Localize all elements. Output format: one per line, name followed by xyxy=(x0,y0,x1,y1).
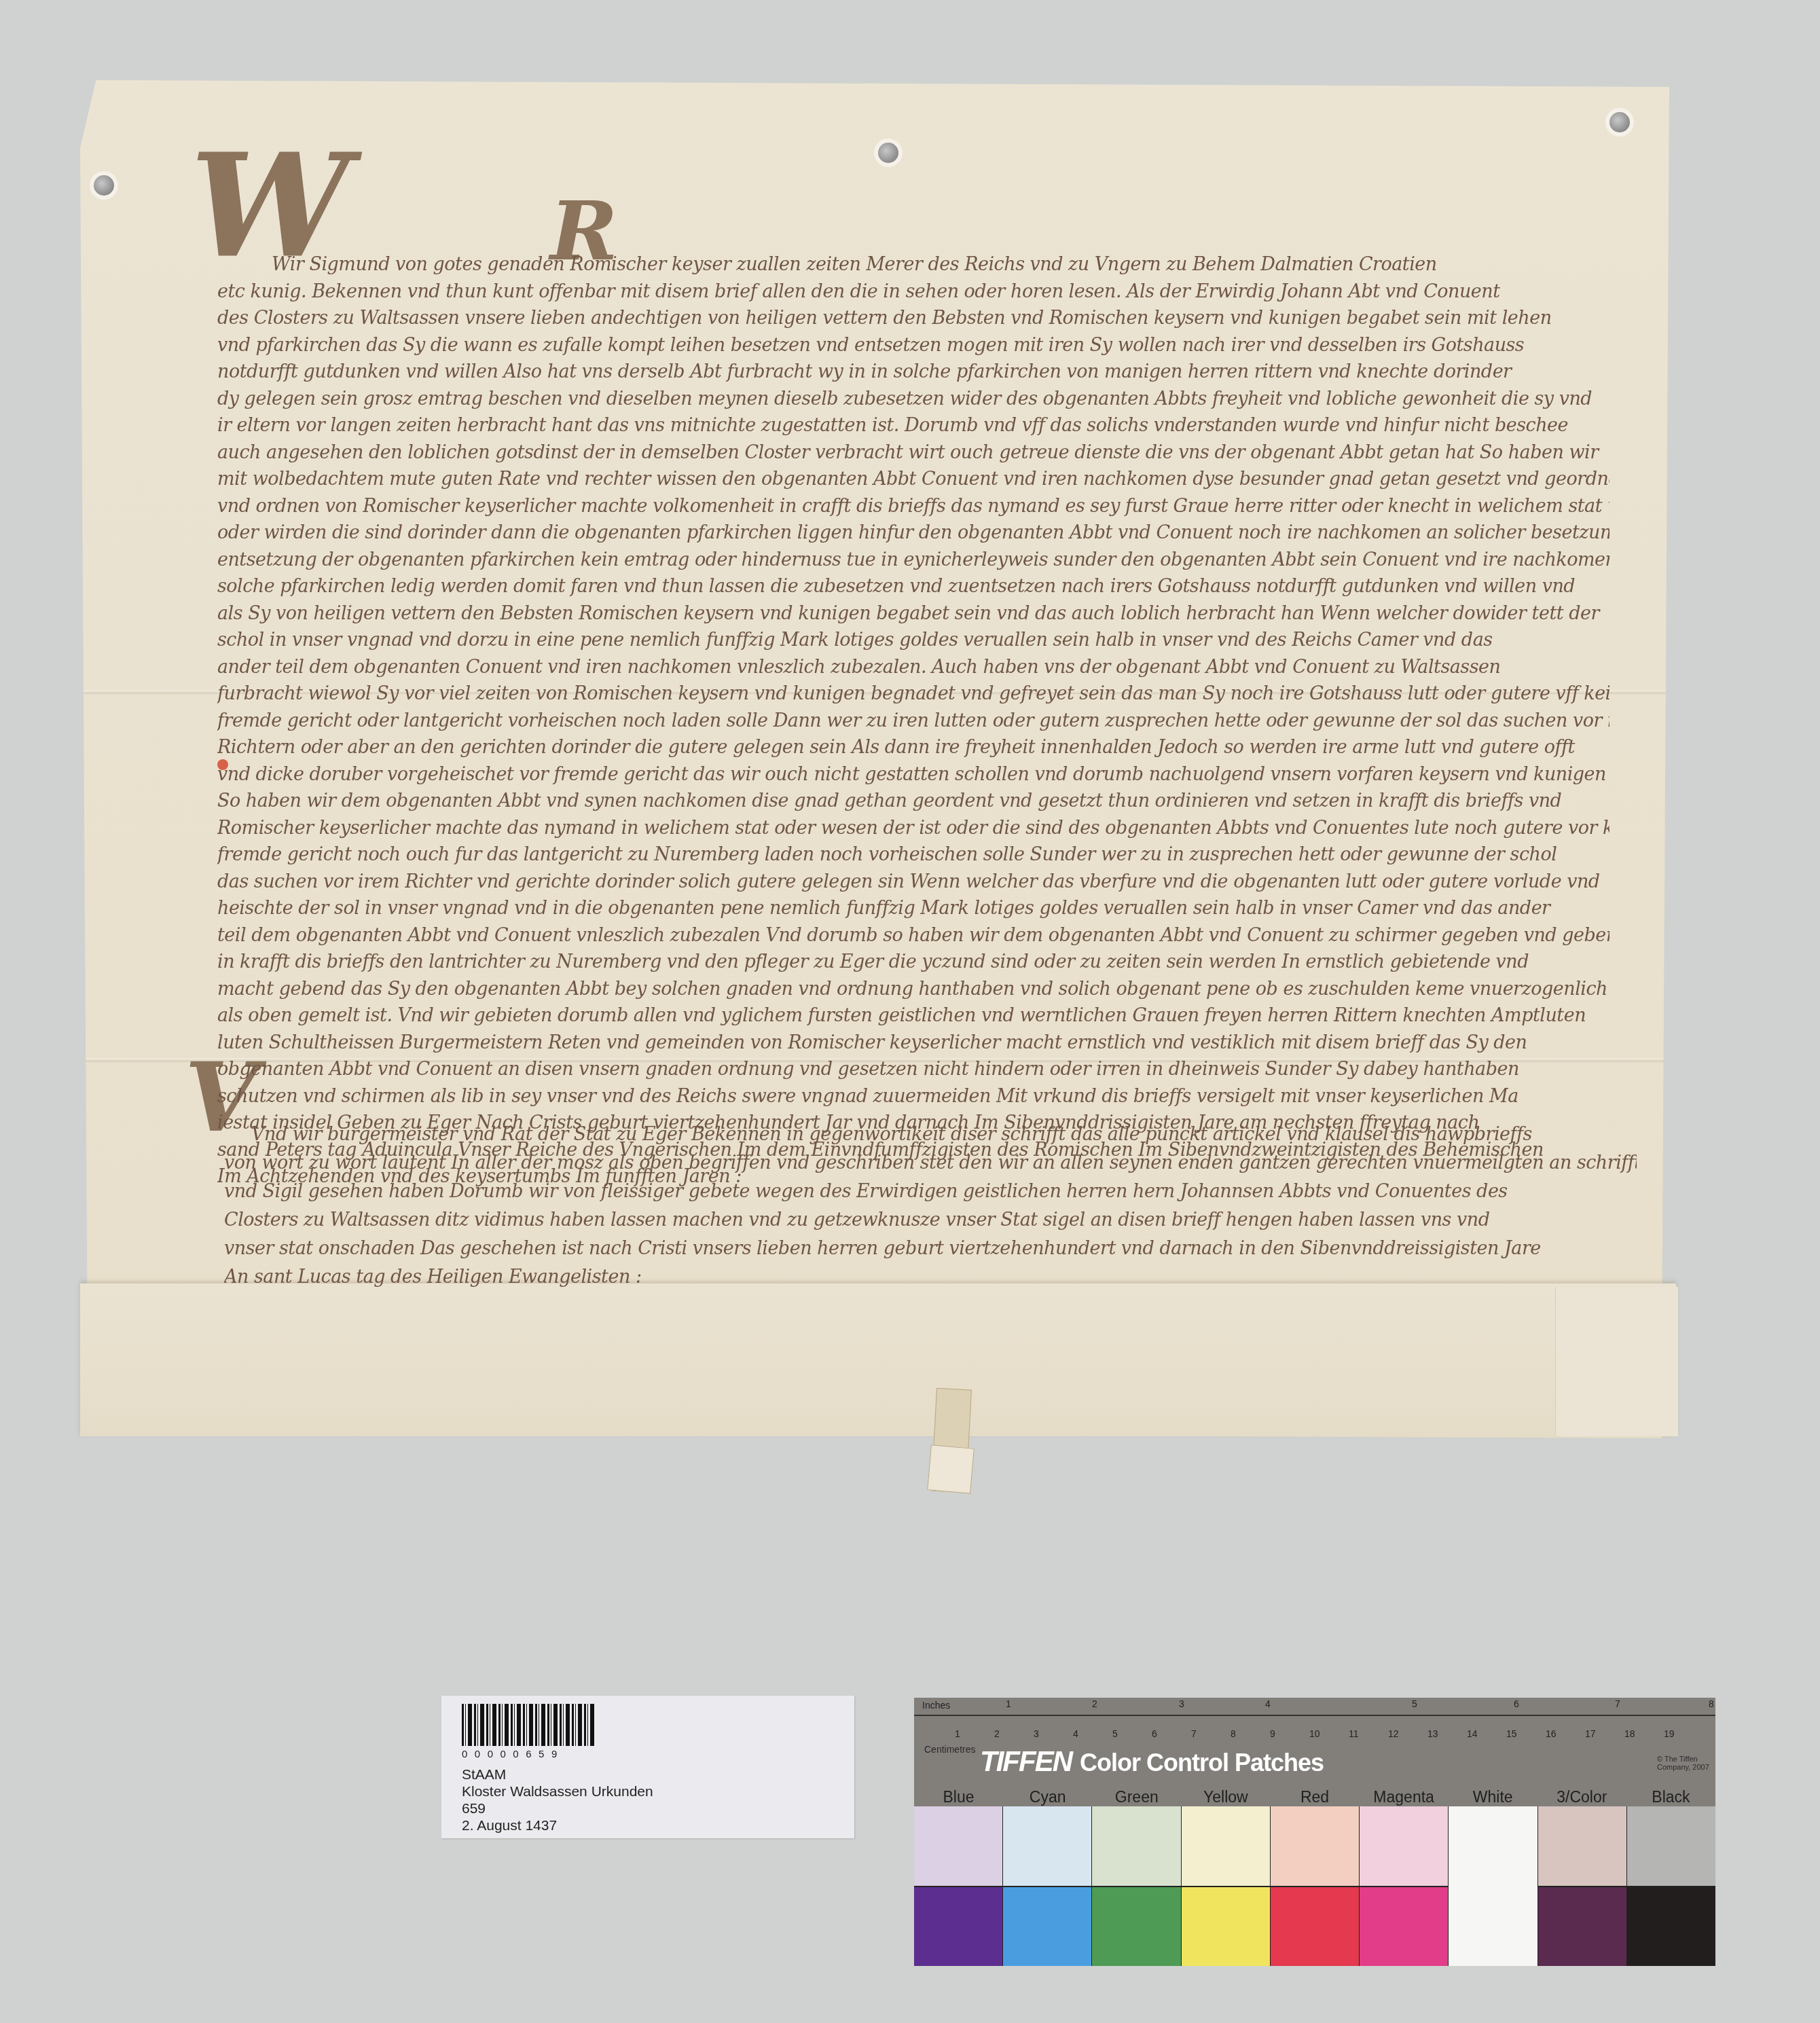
folded-bottom-flap xyxy=(80,1283,1676,1436)
tiffen-logo: TIFFEN xyxy=(980,1745,1072,1777)
cm-tick-label: 5 xyxy=(1112,1728,1118,1739)
patch-label: Blue xyxy=(914,1788,1003,1806)
patch-label: 3/Color xyxy=(1537,1788,1626,1806)
mounting-pin-icon xyxy=(878,143,898,163)
text-line: notdurfft gutdunken vnd willen Also hat … xyxy=(217,359,1609,386)
cm-tick-label: 3 xyxy=(1034,1728,1039,1739)
inch-ruler: Inches 1 2 3 4 5 6 7 8 xyxy=(914,1698,1715,1716)
archive-label: 00000659 StAAM Kloster Waldsassen Urkund… xyxy=(441,1696,854,1838)
patch-label: Red xyxy=(1270,1788,1359,1806)
text-line: So haben wir dem obgenanten Abbt vnd syn… xyxy=(217,788,1609,815)
text-line: Closters zu Waltsassen ditz vidimus habe… xyxy=(224,1206,1637,1235)
cm-tick-label: 14 xyxy=(1467,1728,1478,1739)
mounting-pin-icon xyxy=(1609,112,1630,132)
patch-labels: Blue Cyan Green Yellow Red Magenta White… xyxy=(914,1788,1715,1806)
charter-text-main: Wir Sigmund von gotes genaden Romischer … xyxy=(217,251,1609,1190)
text-line: als oben gemelt ist. Vnd wir gebieten do… xyxy=(217,1002,1609,1029)
text-line: luten Schultheissen Burgermeistern Reten… xyxy=(217,1029,1609,1057)
text-line: Vnd wir burgermeister vnd Rat der Stat z… xyxy=(224,1120,1637,1149)
text-line: solche pfarkirchen ledig werden domit fa… xyxy=(217,573,1609,600)
inch-tick-label: 6 xyxy=(1514,1698,1519,1709)
cm-tick-label: 19 xyxy=(1664,1728,1675,1739)
charter-text-vidimus: Vnd wir burgermeister vnd Rat der Stat z… xyxy=(224,1120,1637,1292)
cm-tick-label: 11 xyxy=(1349,1728,1359,1739)
patch-label: Green xyxy=(1092,1788,1181,1806)
text-line: heischte der sol in vnser vngnad vnd in … xyxy=(217,895,1609,922)
text-line: auch angesehen den loblichen gotsdinst d… xyxy=(217,439,1609,467)
inch-tick-label: 7 xyxy=(1615,1698,1620,1709)
patch-white xyxy=(1449,1806,1537,1966)
text-line: von wort zu wort lautent In aller der mo… xyxy=(224,1149,1637,1178)
label-collection: Kloster Waldsassen Urkunden xyxy=(462,1783,653,1800)
text-line: schol in vnser vngnad vnd dorzu in eine … xyxy=(217,627,1609,654)
cm-tick-label: 10 xyxy=(1309,1728,1320,1739)
cm-tick-label: 4 xyxy=(1073,1728,1078,1739)
text-line: vnd Sigil gesehen haben Dorumb wir von f… xyxy=(224,1178,1637,1206)
inch-tick-label: 3 xyxy=(1179,1698,1184,1709)
copyright: © The Tiffen Company, 2007 xyxy=(1657,1755,1715,1772)
text-line: des Closters zu Waltsassen vnsere lieben… xyxy=(217,305,1609,332)
centimetres-label: Centimetres xyxy=(924,1744,975,1755)
cm-tick-label: 9 xyxy=(1270,1728,1275,1739)
label-number: 659 xyxy=(462,1800,653,1817)
text-line: Wir Sigmund von gotes genaden Romischer … xyxy=(217,251,1609,278)
chart-title-text: Color Control Patches xyxy=(1080,1749,1324,1776)
text-line: ir eltern vor langen zeiten herbracht ha… xyxy=(217,412,1609,439)
text-line: etc kunig. Bekennen vnd thun kunt offenb… xyxy=(217,278,1609,306)
text-line: vnser stat onschaden Das geschehen ist n… xyxy=(224,1235,1637,1263)
text-line: Romischer keyserlicher machte das nymand… xyxy=(217,815,1609,842)
text-line: macht gebend das Sy den obgenanten Abbt … xyxy=(217,976,1609,1003)
inch-tick-label: 8 xyxy=(1709,1698,1714,1709)
patch-cyan xyxy=(1003,1806,1092,1966)
text-line: das suchen vor irem Richter vnd gerichte… xyxy=(217,869,1609,896)
text-line: Richtern oder aber an den gerichten dori… xyxy=(217,734,1609,761)
text-line: dy gelegen sein grosz emtrag beschen vnd… xyxy=(217,386,1609,413)
text-line: ander teil dem obgenanten Conuent vnd ir… xyxy=(217,654,1609,681)
patch-red xyxy=(1271,1806,1360,1966)
text-line: An sant Lucas tag des Heiligen Ewangelis… xyxy=(224,1263,1637,1292)
mounting-pin-icon xyxy=(94,175,114,196)
text-line: als Sy von heiligen vettern den Bebsten … xyxy=(217,600,1609,627)
chart-title: TIFFENColor Control Patches xyxy=(980,1745,1324,1778)
inch-tick-label: 1 xyxy=(1006,1698,1011,1709)
patch-label: White xyxy=(1449,1788,1537,1806)
text-line: vnd dicke doruber vorgeheischet vor frem… xyxy=(217,761,1609,788)
seal-tag-fold xyxy=(927,1444,975,1493)
patch-3color xyxy=(1538,1806,1627,1966)
cm-tick-label: 6 xyxy=(1152,1728,1157,1739)
text-line: entsetzung der obgenanten pfarkirchen ke… xyxy=(217,547,1609,574)
folded-right-strip xyxy=(1555,1287,1678,1436)
cm-tick-label: 18 xyxy=(1624,1728,1635,1739)
patch-magenta xyxy=(1360,1806,1449,1966)
cm-tick-label: 15 xyxy=(1506,1728,1517,1739)
text-line: fremde gericht noch ouch fur das lantger… xyxy=(217,841,1609,869)
cm-tick-label: 7 xyxy=(1191,1728,1197,1739)
patch-yellow xyxy=(1182,1806,1271,1966)
barcode-icon xyxy=(462,1704,594,1746)
label-date: 2. August 1437 xyxy=(462,1817,653,1834)
cm-tick-label: 17 xyxy=(1585,1728,1596,1739)
cm-tick-label: 1 xyxy=(955,1728,960,1739)
patch-green xyxy=(1092,1806,1181,1966)
text-line: oder wirden die sind dorinder dann die o… xyxy=(217,520,1609,547)
patch-blue xyxy=(914,1806,1003,1966)
patch-label: Magenta xyxy=(1360,1788,1449,1806)
patch-label: Black xyxy=(1626,1788,1715,1806)
text-line: schutzen vnd schirmen als lib in sey vns… xyxy=(217,1083,1609,1110)
text-line: mit wolbedachtem mute guten Rate vnd rec… xyxy=(217,466,1609,493)
color-patches xyxy=(914,1806,1715,1966)
text-line: obgenanten Abbt vnd Conuent an disen vns… xyxy=(217,1056,1609,1083)
cm-tick-label: 12 xyxy=(1388,1728,1399,1739)
cm-tick-label: 8 xyxy=(1231,1728,1236,1739)
patch-label: Cyan xyxy=(1003,1788,1092,1806)
barcode-number: 00000659 xyxy=(462,1749,594,1760)
text-line: vnd ordnen von Romischer keyserlicher ma… xyxy=(217,493,1609,520)
cm-tick-label: 13 xyxy=(1427,1728,1438,1739)
patch-black xyxy=(1627,1806,1715,1966)
text-line: vnd pfarkirchen das Sy die wann es zufal… xyxy=(217,332,1609,359)
inch-tick-label: 2 xyxy=(1092,1698,1097,1709)
inch-tick-label: 4 xyxy=(1265,1698,1271,1709)
text-line: furbracht wiewol Sy vor viel zeiten von … xyxy=(217,680,1609,708)
text-line: in krafft dis brieffs den lantrichter zu… xyxy=(217,949,1609,976)
text-line: teil dem obgenanten Abbt vnd Conuent vnl… xyxy=(217,922,1609,949)
cm-ruler: 1 2 3 4 5 6 7 8 9 10 11 12 13 14 15 16 1… xyxy=(914,1716,1715,1743)
text-line: fremde gericht oder lantgericht vorheisc… xyxy=(217,708,1609,735)
cm-tick-label: 16 xyxy=(1546,1728,1557,1739)
cm-tick-label: 2 xyxy=(994,1728,1000,1739)
label-archive: StAAM xyxy=(462,1766,653,1783)
inch-tick-label: 5 xyxy=(1412,1698,1417,1709)
patch-label: Yellow xyxy=(1181,1788,1270,1806)
inches-label: Inches xyxy=(922,1700,950,1711)
